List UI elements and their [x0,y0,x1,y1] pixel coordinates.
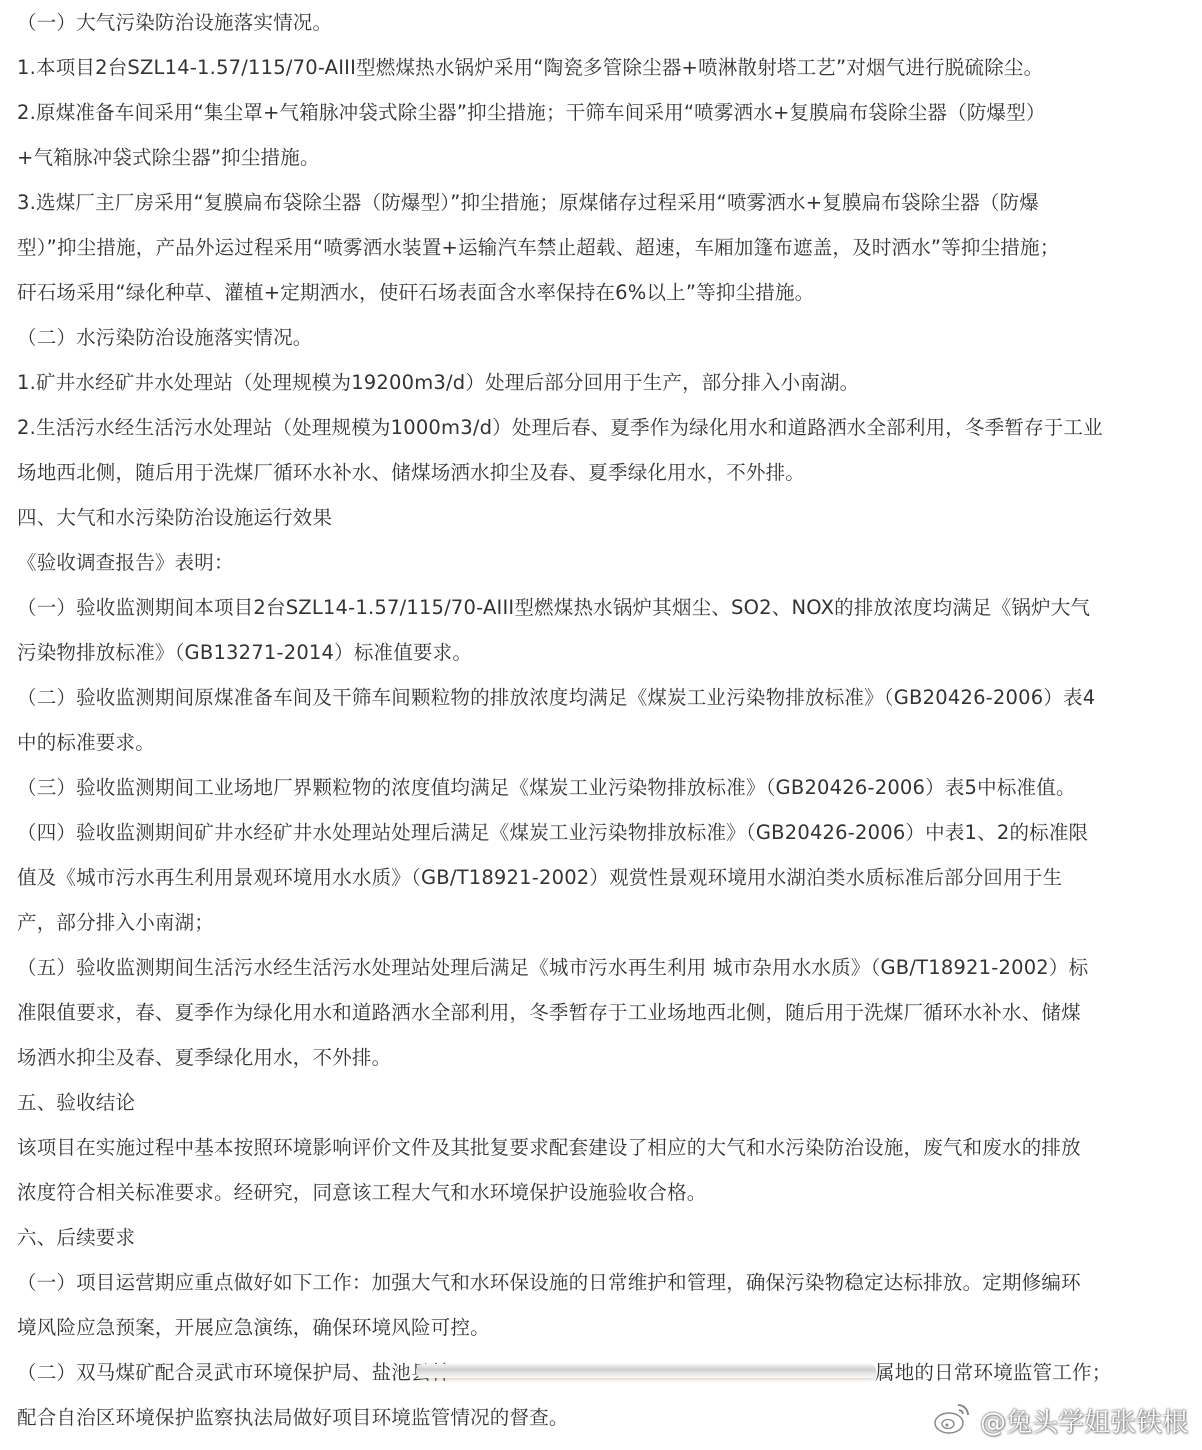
paragraph-line: 配合自治区环境保护监察执法局做好项目环境监管情况的督查。 [17,1395,569,1440]
subsection-heading: （一）大气污染防治设施落实情况。 [17,0,332,45]
paragraph-line: 3.选煤厂主厂房采用“复膜扁布袋除尘器（防爆型）”抑尘措施；原煤储存过程采用“喷… [17,180,1039,225]
paragraph-line: 值及《城市污水再生利用景观环境用水水质》（GB/T18921-2002）观赏性景… [17,855,1062,900]
paragraph-line: （二）双马煤矿配合灵武市环境保护局、盐池县林 [17,1350,450,1395]
paragraph-line-tail: 属地的日常环境监管工作； [875,1350,1111,1395]
watermark: @兔头学姐张铁根 [932,1400,1188,1440]
paragraph-line: 1.矿井水经矿井水处理站（处理规模为19200m3/d）处理后部分回用于生产，部… [17,360,859,405]
paragraph-line: 矸石场采用“绿化种草、灌植+定期洒水，使矸石场表面含水率保持在6%以上”等抑尘措… [17,270,814,315]
section-heading: 四、大气和水污染防治设施运行效果 [17,495,332,540]
paragraph-line: （五）验收监测期间生活污水经生活污水处理站处理后满足《城市污水再生利用 城市杂用… [17,945,1088,990]
paragraph-line: 2.生活污水经生活污水处理站（处理规模为1000m3/d）处理后春、夏季作为绿化… [17,405,1103,450]
weibo-icon [932,1399,976,1442]
paragraph-line: （二）验收监测期间原煤准备车间及干筛车间颗粒物的排放浓度均满足《煤炭工业污染物排… [17,675,1095,720]
paragraph-line: 中的标准要求。 [17,720,155,765]
paragraph-line: 产，部分排入小南湖； [17,900,214,945]
paragraph-line: 《验收调查报告》表明： [17,540,234,585]
paragraph-line: 场地西北侧，随后用于洗煤厂循环水补水、储煤场洒水抑尘及春、夏季绿化用水，不外排。 [17,450,805,495]
section-heading: 六、后续要求 [17,1215,135,1260]
paragraph-line: 场洒水抑尘及春、夏季绿化用水，不外排。 [17,1035,391,1080]
paragraph-line: 准限值要求，春、夏季作为绿化用水和道路洒水全部利用，冬季暂存于工业场地西北侧，随… [17,990,1081,1035]
subsection-heading: （二）水污染防治设施落实情况。 [17,315,313,360]
paragraph-line: 污染物排放标准》（GB13271-2014）标准值要求。 [17,630,472,675]
paragraph-line: （一）验收监测期间本项目2台SZL14-1.57/115/70-AIII型燃煤热… [17,585,1090,630]
paragraph-line: 该项目在实施过程中基本按照环境影响评价文件及其批复要求配套建设了相应的大气和水污… [17,1125,1081,1170]
paragraph-line: 境风险应急预案，开展应急演练，确保环境风险可控。 [17,1305,490,1350]
section-heading: 五、验收结论 [17,1080,135,1125]
paragraph-line: 型）”抑尘措施，产品外运过程采用“喷雾洒水装置+运输汽车禁止超载、超速，车厢加篷… [17,225,1059,270]
paragraph-line: 浓度符合相关标准要求。经研究，同意该工程大气和水环境保护设施验收合格。 [17,1170,707,1215]
paragraph-line: （四）验收监测期间矿井水经矿井水处理站处理后满足《煤炭工业污染物排放标准》（GB… [17,810,1088,855]
paragraph-line: +气箱脉冲袋式除尘器”抑尘措施。 [17,135,320,180]
redaction-smear [416,1364,876,1378]
paragraph-line: （一）项目运营期应重点做好如下工作：加强大气和水环保设施的日常维护和管理，确保污… [17,1260,1081,1305]
paragraph-line: 1.本项目2台SZL14-1.57/115/70-AIII型燃煤热水锅炉采用“陶… [17,45,1043,90]
paragraph-line: 2.原煤准备车间采用“集尘罩+气箱脉冲袋式除尘器”抑尘措施；干筛车间采用“喷雾洒… [17,90,1046,135]
watermark-text: @兔头学姐张铁根 [980,1402,1188,1439]
paragraph-line: （三）验收监测期间工业场地厂界颗粒物的浓度值均满足《煤炭工业污染物排放标准》（G… [17,765,1076,810]
